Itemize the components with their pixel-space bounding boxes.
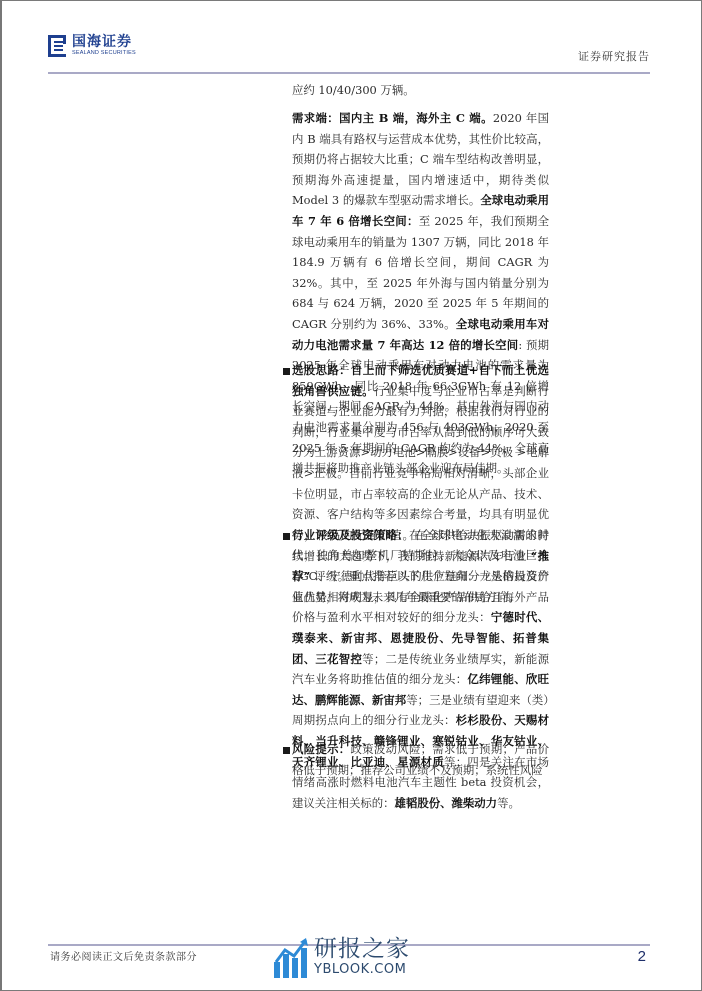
disclaimer-note: 请务必阅读正文后免责条款部分	[50, 948, 197, 963]
lead-line: 应约 10/40/300 万辆。	[292, 80, 549, 101]
watermark-cn: 研报之家	[314, 936, 410, 962]
demand-text-2: 至 2025 年，我们预期全球电动乘用车的销量为 1307 万辆，同比 2018…	[292, 214, 549, 331]
brand-name-cn: 国海证券	[72, 34, 136, 50]
sealand-logo-icon	[48, 35, 66, 57]
bullet-square-icon	[283, 747, 290, 754]
brand-name-en: SEALAND SECURITIES	[72, 50, 136, 57]
rating-text-6: 等。	[497, 796, 520, 810]
brand-logo: 国海证券 SEALAND SECURITIES	[48, 34, 136, 57]
recommended-stocks-4: 雄韬股份、潍柴动力	[395, 796, 498, 810]
risk-title: 风险提示：	[292, 742, 350, 756]
bullet-square-icon	[283, 368, 290, 375]
report-type: 证券研究报告	[578, 48, 650, 64]
demand-title: 需求端：国内主 B 端，海外主 C 端。	[292, 111, 493, 125]
chart-growth-icon	[274, 938, 308, 978]
page-header: 国海证券 SEALAND SECURITIES 证券研究报告	[48, 34, 650, 74]
bullet-square-icon	[283, 533, 290, 540]
risk-paragraph: 风险提示：政策波动风险；需求低于预期；产品价格低于预期；推荐公司业绩不及预期；系…	[292, 739, 549, 780]
page-number: 2	[638, 948, 646, 965]
watermark: 研报之家 YBLOOK.COM	[274, 936, 410, 978]
rating-title: 行业评级及投资策略：	[292, 528, 409, 542]
watermark-en: YBLOOK.COM	[314, 962, 410, 978]
header-divider	[48, 72, 650, 74]
